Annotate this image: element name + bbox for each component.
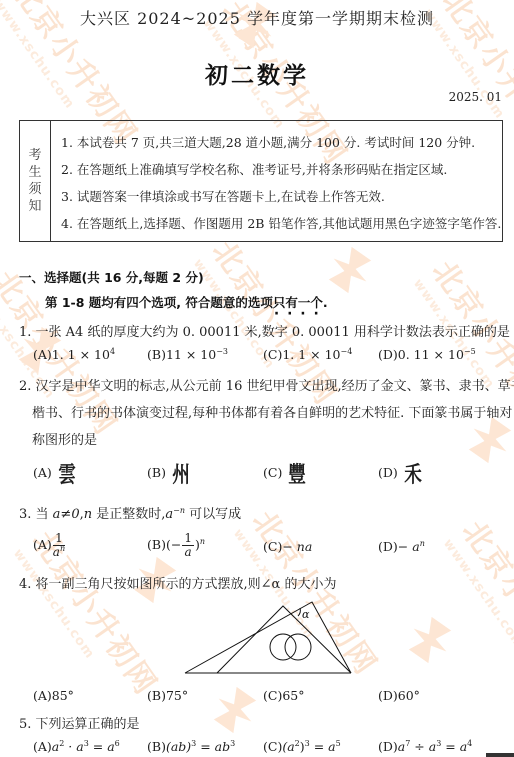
small-triangle: [217, 606, 351, 673]
q4-option-d[interactable]: (D)60°: [378, 688, 420, 703]
large-triangle: [185, 602, 351, 673]
triangle-rulers-figure: α: [0, 0, 514, 757]
q5-option-b[interactable]: (B)(ab)3 = ab3: [147, 739, 235, 754]
q5-option-d[interactable]: (D)a7 ÷ a3 = a4: [378, 739, 472, 754]
ruler-hole-left: [270, 634, 296, 660]
q4-option-a[interactable]: (A)85°: [33, 688, 74, 703]
q4-option-c[interactable]: (C)65°: [263, 688, 304, 703]
q5-option-c[interactable]: (C)(a2)3 = a5: [263, 739, 341, 754]
q4-option-b[interactable]: (B)75°: [147, 688, 188, 703]
question-5-text: 5. 下列运算正确的是: [19, 713, 140, 732]
q5-option-a[interactable]: (A)a2 · a3 = a6: [33, 739, 120, 754]
exam-page: 大兴区 2024~2025 学年度第一学期期末检测 初二数学 2025. 01 …: [0, 0, 514, 757]
ruler-hole-right: [285, 634, 311, 660]
angle-alpha-label: α: [302, 608, 310, 621]
qr-code-fragment-icon: [486, 753, 514, 757]
